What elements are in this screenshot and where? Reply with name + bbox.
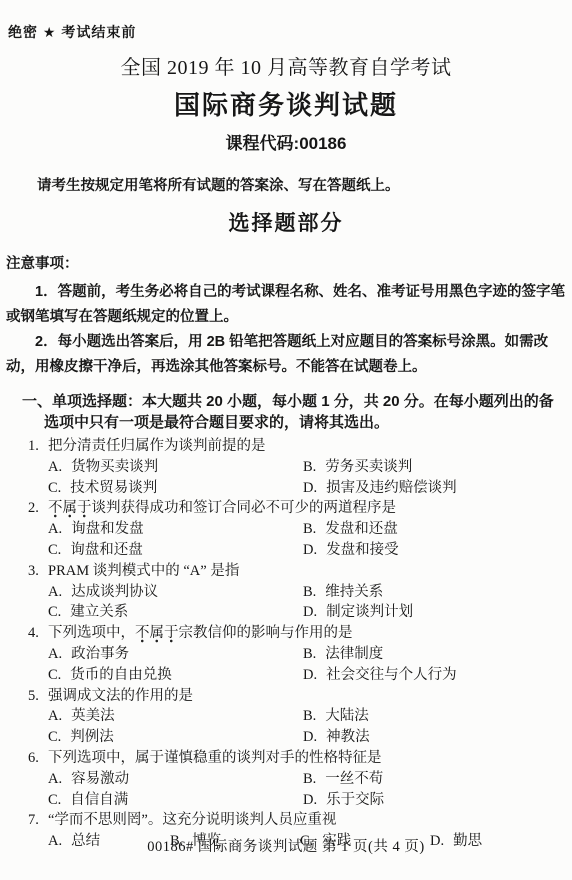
answer-option: D.损害及违约赔偿谈判 (303, 478, 564, 499)
answer-sheet-instruction: 请考生按规定用笔将所有试题的答案涂、写在答题纸上。 (8, 174, 564, 195)
question-stem: 7.“学而不思则罔”。这充分说明谈判人员应重视 (28, 810, 564, 831)
note-item-2: 2．每小题选出答案后，用 2B 铅笔把答题纸上对应题目的答案标号涂黑。如需改动，… (6, 330, 566, 380)
answer-option: B.法律制度 (303, 644, 564, 665)
section-title-multiple-choice-part: 选择题部分 (0, 207, 572, 237)
option-text: 发盘和还盘 (325, 521, 398, 537)
question-options: A.政治事务 B.法律制度 C.货币的自由兑换 D.社会交往与个人行为 (48, 644, 564, 686)
option-text: 大陆法 (325, 708, 369, 724)
note-item-1: 1．答题前，考生务必将自己的考试课程名称、姓名、准考证号用黑色字迹的签字笔或钢笔… (6, 280, 566, 330)
option-text: 发盘和接受 (326, 542, 399, 558)
question: 1.把分清责任归属作为谈判前提的是 A.货物买卖谈判 B.劳务买卖谈判 C.技术… (28, 436, 564, 498)
option-text: 乐于交际 (326, 792, 384, 808)
answer-option: D.发盘和接受 (303, 540, 564, 561)
question: 6.下列选项中，属于谨慎稳重的谈判对手的性格特征是 A.容易激动 B.一丝不苟 … (28, 748, 564, 810)
option-label: B. (303, 521, 316, 537)
option-label: C. (48, 480, 61, 496)
option-label: A. (48, 521, 62, 537)
notes-title: 注意事项： (6, 252, 572, 273)
question-text: 下列选项中， (48, 625, 135, 641)
option-text: 货币的自由兑换 (70, 667, 172, 683)
option-text: 自信自满 (70, 792, 128, 808)
answer-option: B.维持关系 (303, 582, 564, 603)
question: 4.下列选项中，不属于宗教信仰的影响与作用的是 A.政治事务 B.法律制度 C.… (28, 623, 564, 685)
answer-option: A.政治事务 (48, 644, 303, 665)
option-text: 询盘和发盘 (71, 521, 144, 537)
answer-option: D.乐于交际 (303, 790, 564, 811)
option-text: 容易激动 (71, 771, 129, 787)
answer-option: D.社会交往与个人行为 (303, 665, 564, 686)
answer-option: A.货物买卖谈判 (48, 457, 303, 478)
answer-option: D.制定谈判计划 (303, 602, 564, 623)
option-label: A. (48, 646, 62, 662)
question-number: 2. (28, 498, 48, 519)
question-text-continued: 宗教信仰的影响与作用的是 (179, 625, 353, 641)
option-label: D. (303, 604, 317, 620)
answer-option: C.建立关系 (48, 602, 303, 623)
option-label: C. (48, 542, 61, 558)
option-text: 判例法 (70, 729, 114, 745)
answer-option: C.自信自满 (48, 790, 303, 811)
question-options: A.达成谈判协议 B.维持关系 C.建立关系 D.制定谈判计划 (48, 582, 564, 624)
option-label: D. (303, 480, 317, 496)
question-text-continued: 谈判获得成功和签订合同必不可少的两道程序是 (92, 500, 397, 516)
exam-session-title: 全国 2019 年 10 月高等教育自学考试 (0, 51, 572, 80)
option-text: 法律制度 (325, 646, 383, 662)
answer-option: C.技术贸易谈判 (48, 478, 303, 499)
answer-option: B.一丝不苟 (303, 769, 564, 790)
option-text: 一丝不苟 (325, 771, 383, 787)
question-options: A.询盘和发盘 B.发盘和还盘 C.询盘和还盘 D.发盘和接受 (48, 519, 564, 561)
question-number: 3. (28, 561, 48, 582)
option-label: D. (303, 729, 317, 745)
question-stem: 6.下列选项中，属于谨慎稳重的谈判对手的性格特征是 (28, 748, 564, 769)
answer-option: A.英美法 (48, 706, 303, 727)
option-label: D. (303, 792, 317, 808)
option-label: B. (303, 708, 316, 724)
option-label: C. (48, 792, 61, 808)
question-stem: 4.下列选项中，不属于宗教信仰的影响与作用的是 (28, 623, 564, 644)
question: 3.PRAM 谈判模式中的 “A” 是指 A.达成谈判协议 B.维持关系 C.建… (28, 561, 564, 623)
classification-label: 绝密 ★ 考试结束前 (8, 22, 572, 42)
exam-paper-page: 绝密 ★ 考试结束前 全国 2019 年 10 月高等教育自学考试 国际商务谈判… (0, 0, 572, 880)
question-stem: 2.不属于谈判获得成功和签订合同必不可少的两道程序是 (28, 498, 564, 519)
question-options: A.容易激动 B.一丝不苟 C.自信自满 D.乐于交际 (48, 769, 564, 811)
question-number: 4. (28, 623, 48, 644)
option-label: A. (48, 771, 62, 787)
option-label: C. (48, 667, 61, 683)
option-text: 社会交往与个人行为 (326, 667, 457, 683)
option-label: D. (303, 667, 317, 683)
question-text: PRAM 谈判模式中的 “A” 是指 (48, 563, 239, 579)
question-options: A.英美法 B.大陆法 C.判例法 D.神教法 (48, 706, 564, 748)
option-label: B. (303, 459, 316, 475)
option-label: A. (48, 584, 62, 600)
question-list: 1.把分清责任归属作为谈判前提的是 A.货物买卖谈判 B.劳务买卖谈判 C.技术… (28, 436, 564, 852)
exam-paper-title: 国际商务谈判试题 (0, 85, 572, 122)
option-text: 政治事务 (71, 646, 129, 662)
question-text: “学而不思则罔”。这充分说明谈判人员应重视 (48, 812, 336, 828)
question-number: 5. (28, 686, 48, 707)
question-number: 7. (28, 810, 48, 831)
option-text: 劳务买卖谈判 (325, 459, 412, 475)
question-number: 6. (28, 748, 48, 769)
option-text: 询盘和还盘 (70, 542, 143, 558)
section-one-heading: 一、单项选择题：本大题共 20 小题，每小题 1 分，共 20 分。在每小题列出… (44, 391, 562, 433)
option-text: 英美法 (71, 708, 115, 724)
option-label: D. (303, 542, 317, 558)
answer-option: A.询盘和发盘 (48, 519, 303, 540)
answer-option: A.容易激动 (48, 769, 303, 790)
answer-option: D.神教法 (303, 727, 564, 748)
option-text: 维持关系 (325, 584, 383, 600)
option-label: B. (303, 646, 316, 662)
option-text: 制定谈判计划 (326, 604, 413, 620)
question: 2.不属于谈判获得成功和签订合同必不可少的两道程序是 A.询盘和发盘 B.发盘和… (28, 498, 564, 560)
course-code: 课程代码:00186 (0, 129, 572, 154)
question-text: 把分清责任归属作为谈判前提的是 (48, 438, 266, 454)
option-label: C. (48, 729, 61, 745)
option-text: 货物买卖谈判 (71, 459, 158, 475)
question-number: 1. (28, 436, 48, 457)
question-stem: 3.PRAM 谈判模式中的 “A” 是指 (28, 561, 564, 582)
page-footer: 00186# 国际商务谈判试题 第 1 页(共 4 页) (0, 835, 572, 856)
answer-option: A.达成谈判协议 (48, 582, 303, 603)
question-stem: 1.把分清责任归属作为谈判前提的是 (28, 436, 564, 457)
option-text: 损害及违约赔偿谈判 (326, 480, 457, 496)
option-text: 建立关系 (70, 604, 128, 620)
answer-option: B.发盘和还盘 (303, 519, 564, 540)
question-text-emphasized: 不属于 (135, 625, 179, 643)
answer-option: B.大陆法 (303, 706, 564, 727)
option-label: C. (48, 604, 61, 620)
option-label: B. (303, 584, 316, 600)
option-label: A. (48, 459, 62, 475)
question-text: 强调成文法的作用的是 (48, 688, 193, 704)
option-label: B. (303, 771, 316, 787)
question-options: A.货物买卖谈判 B.劳务买卖谈判 C.技术贸易谈判 D.损害及违约赔偿谈判 (48, 457, 564, 499)
question-text: 下列选项中，属于谨慎稳重的谈判对手的性格特征是 (48, 750, 382, 766)
question-stem: 5.强调成文法的作用的是 (28, 686, 564, 707)
option-text: 达成谈判协议 (71, 584, 158, 600)
option-label: A. (48, 708, 62, 724)
question: 5.强调成文法的作用的是 A.英美法 B.大陆法 C.判例法 D.神教法 (28, 686, 564, 748)
answer-option: C.货币的自由兑换 (48, 665, 303, 686)
answer-option: C.判例法 (48, 727, 303, 748)
answer-option: C.询盘和还盘 (48, 540, 303, 561)
answer-option: B.劳务买卖谈判 (303, 457, 564, 478)
question-text-emphasized: 不属于 (48, 500, 92, 518)
option-text: 神教法 (326, 729, 370, 745)
option-text: 技术贸易谈判 (70, 480, 157, 496)
